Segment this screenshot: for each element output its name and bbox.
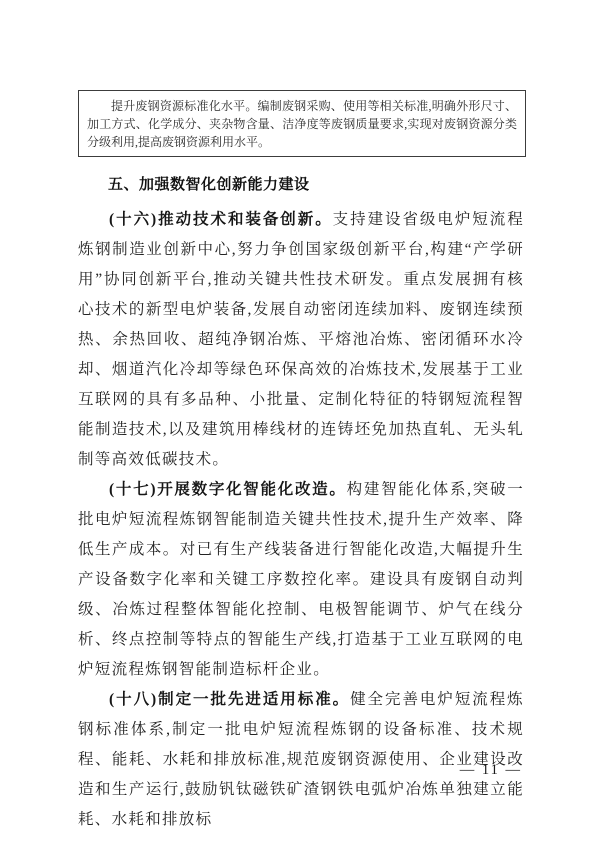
- paragraph-16-body: 支持建设省级电炉短流程炼钢制造业创新中心,努力争创国家级创新平台,构建“产学研用…: [78, 211, 524, 468]
- section-heading: 五、加强数智化创新能力建设: [78, 174, 524, 196]
- paragraph-18-body: 健全完善电炉短流程炼钢标准体系,制定一批电炉短流程炼钢的设备标准、技术规程、能耗…: [78, 691, 524, 828]
- paragraph-16-lead: (十六)推动技术和装备创新。: [109, 211, 333, 228]
- page-number: — 11 —: [460, 762, 522, 779]
- document-body: 五、加强数智化创新能力建设 (十六)推动技术和装备创新。支持建设省级电炉短流程炼…: [78, 174, 524, 835]
- paragraph-18-lead: (十八)制定一批先进适用标准。: [109, 691, 350, 708]
- notice-text: 提升废钢资源标准化水平。编制废钢采购、使用等相关标准,明确外形尺寸、加工方式、化…: [87, 97, 517, 151]
- paragraph-17: (十七)开展数字化智能化改造。构建智能化体系,突破一批电炉短流程炼钢智能制造关键…: [78, 475, 524, 685]
- paragraph-16: (十六)推动技术和装备创新。支持建设省级电炉短流程炼钢制造业创新中心,努力争创国…: [78, 205, 524, 475]
- notice-box: 提升废钢资源标准化水平。编制废钢采购、使用等相关标准,明确外形尺寸、加工方式、化…: [78, 90, 526, 157]
- paragraph-17-body: 构建智能化体系,突破一批电炉短流程炼钢智能制造关键共性技术,提升生产效率、降低生…: [78, 481, 524, 678]
- document-page: 提升废钢资源标准化水平。编制废钢采购、使用等相关标准,明确外形尺寸、加工方式、化…: [0, 0, 600, 848]
- paragraph-18: (十八)制定一批先进适用标准。健全完善电炉短流程炼钢标准体系,制定一批电炉短流程…: [78, 685, 524, 835]
- paragraph-17-lead: (十七)开展数字化智能化改造。: [109, 481, 347, 498]
